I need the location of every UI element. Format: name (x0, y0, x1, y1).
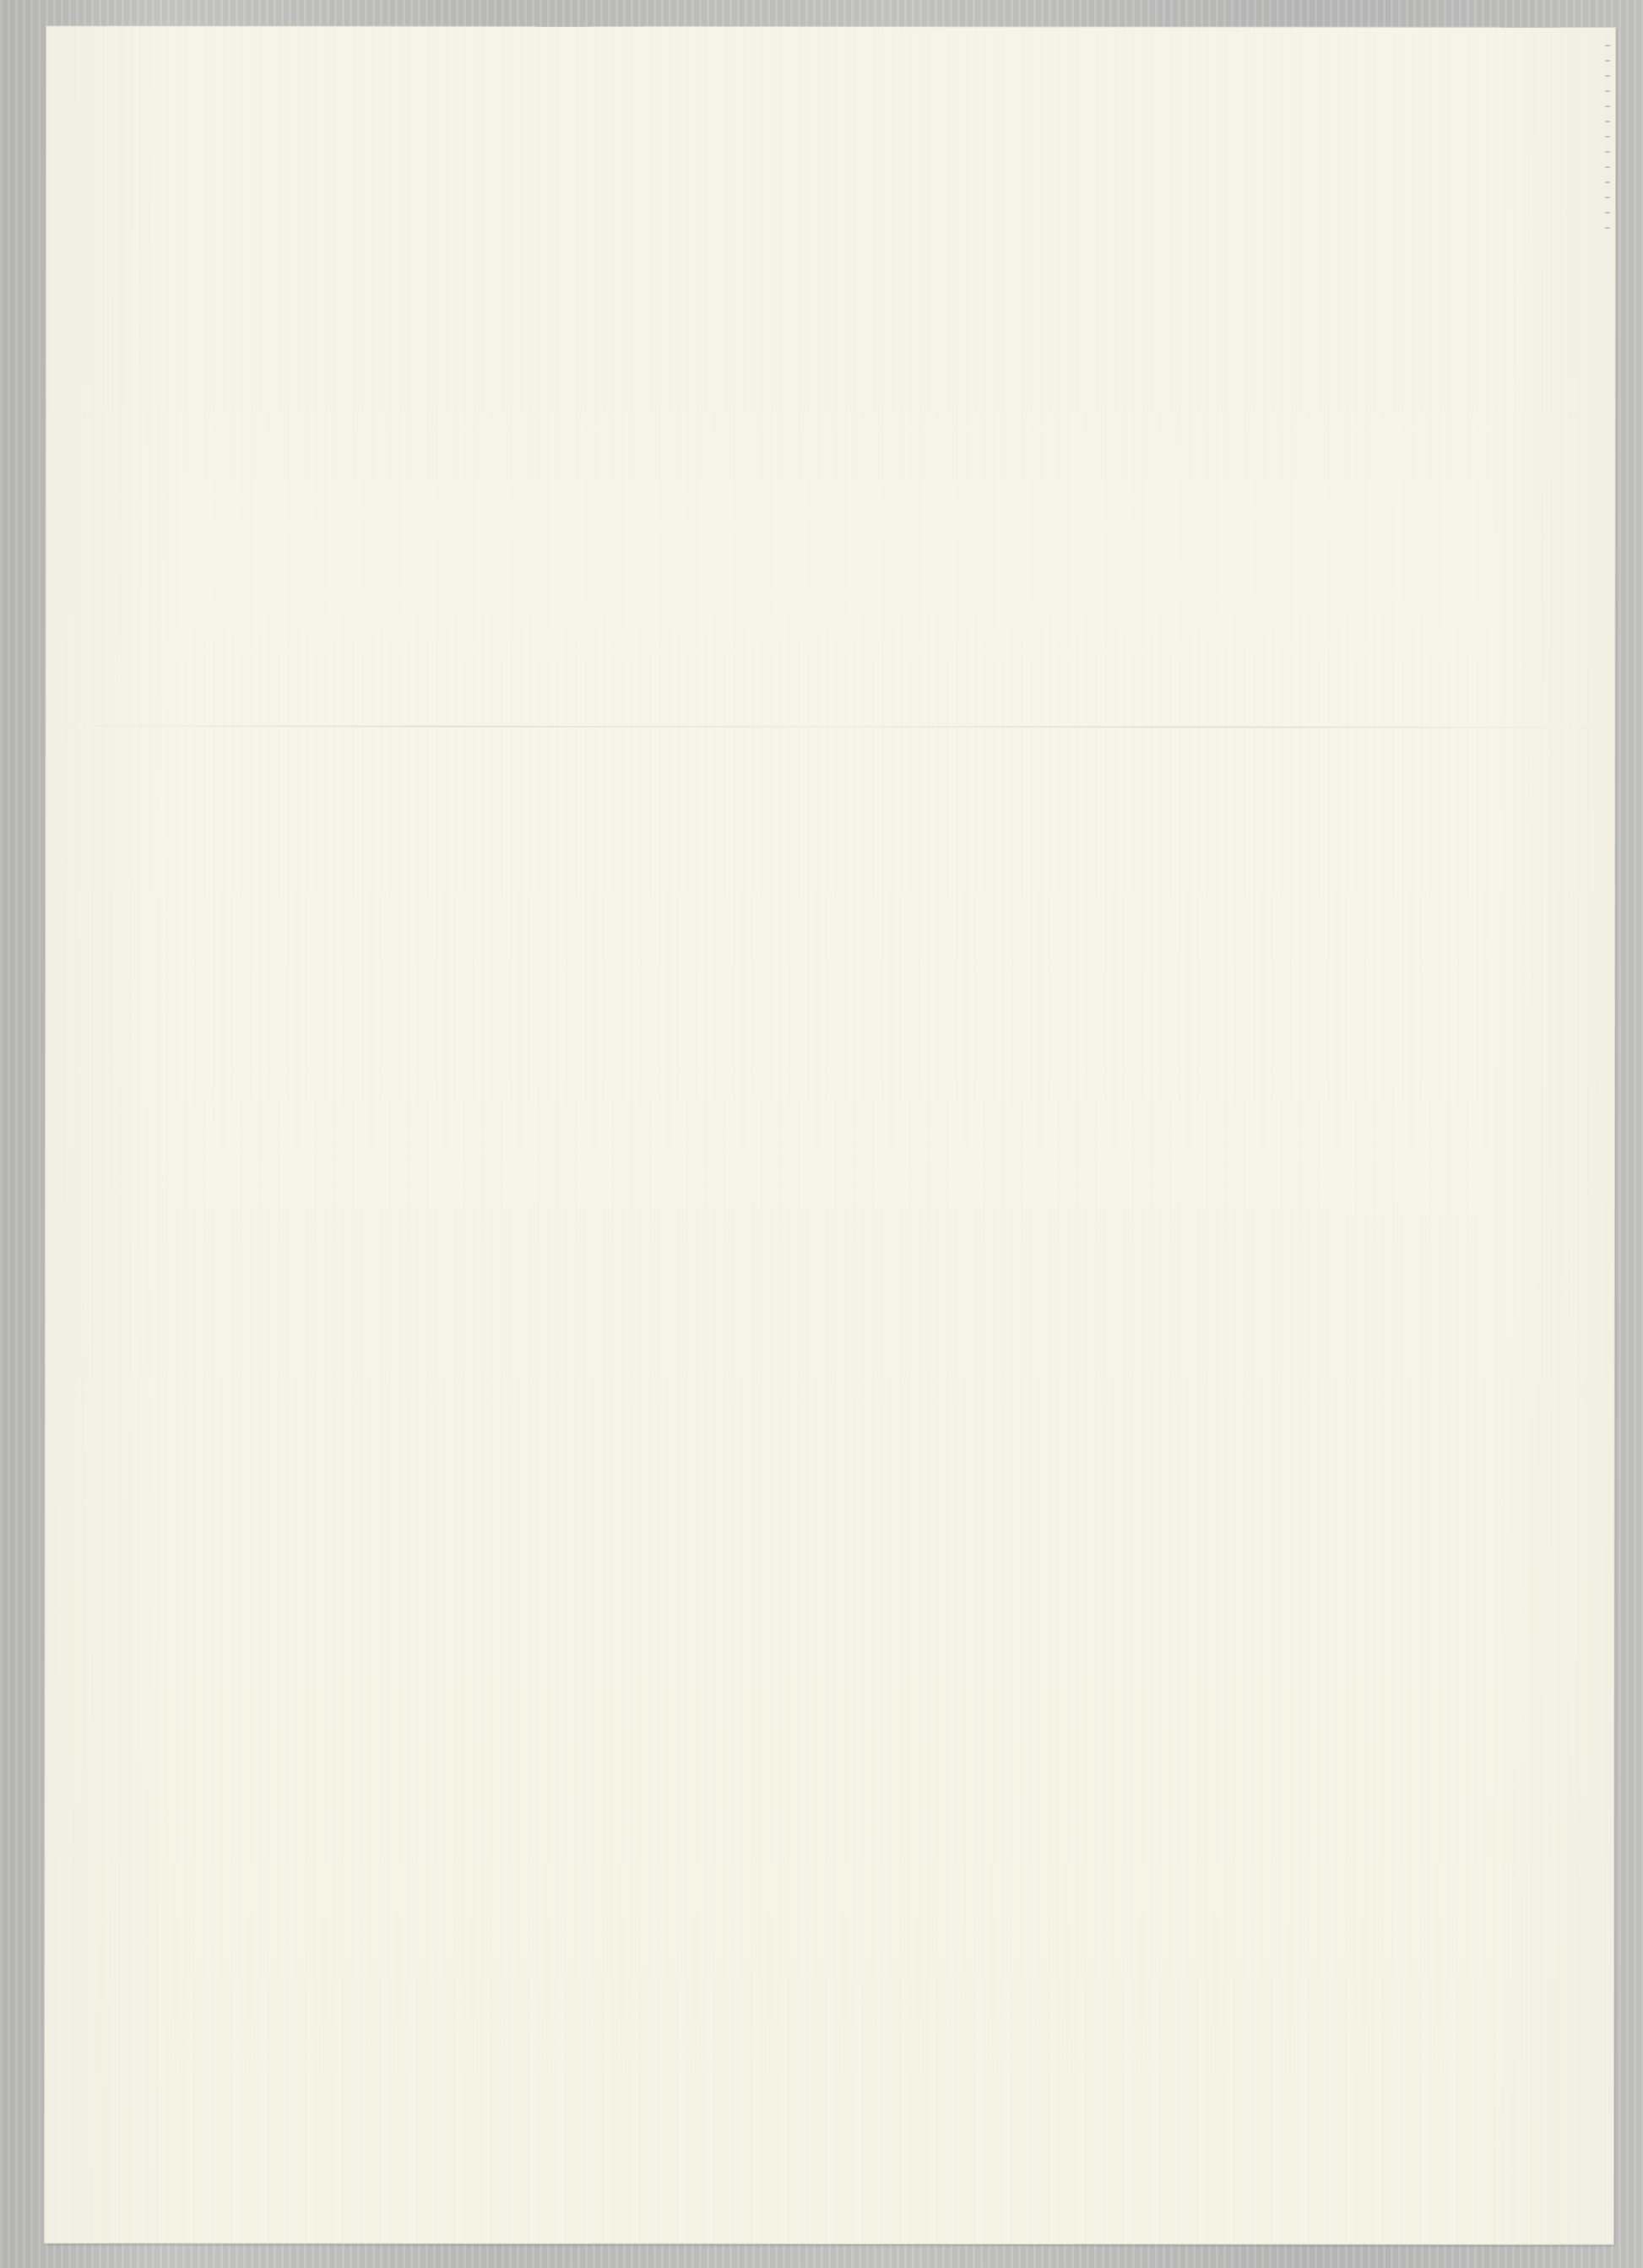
edge-specks (1605, 45, 1610, 230)
blank-paper-page (45, 26, 1615, 2244)
page-body (173, 127, 1488, 128)
page-content (171, 127, 1488, 2142)
page-title (173, 127, 1488, 128)
